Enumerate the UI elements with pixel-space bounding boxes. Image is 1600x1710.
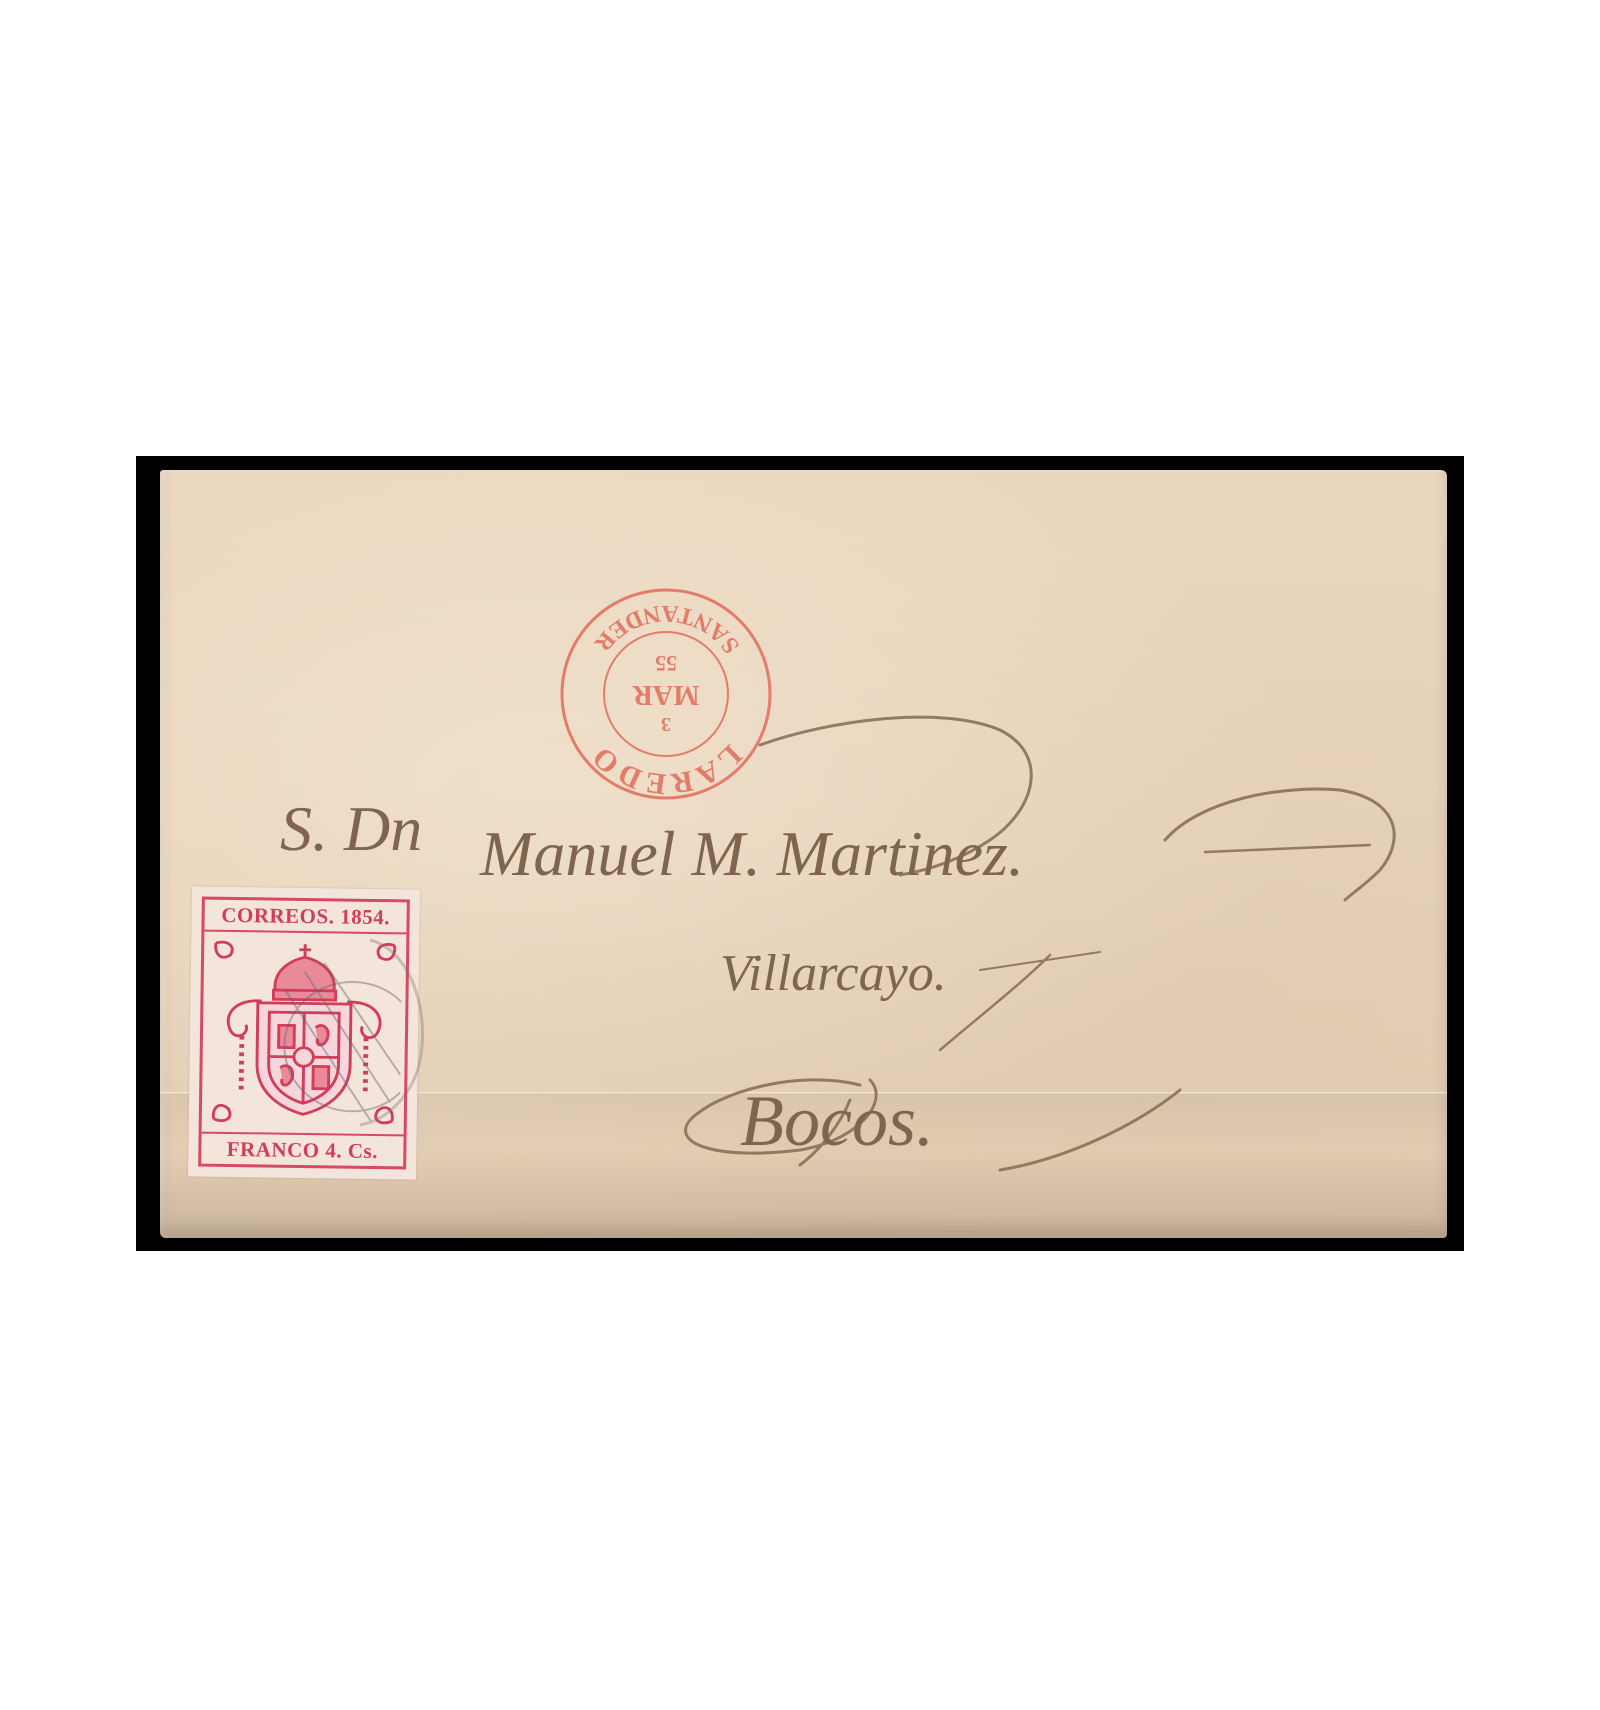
postmark: LAREDO SANTANDER 3 MAR 55 xyxy=(556,584,776,804)
postmark-city: LAREDO xyxy=(584,738,748,800)
postmark-province: SANTANDER xyxy=(587,600,745,659)
postmark-year: 55 xyxy=(655,651,677,676)
postmark-month: MAR xyxy=(632,679,700,710)
stamp-value-label: FRANCO 4. Cs. xyxy=(201,1132,403,1167)
svg-text:SANTANDER: SANTANDER xyxy=(587,600,745,659)
postmark-icon: LAREDO SANTANDER 3 MAR 55 xyxy=(556,584,776,804)
svg-text:LAREDO: LAREDO xyxy=(584,738,748,800)
postmark-day: 3 xyxy=(661,713,671,735)
grill-cancel-mark xyxy=(330,930,450,1130)
